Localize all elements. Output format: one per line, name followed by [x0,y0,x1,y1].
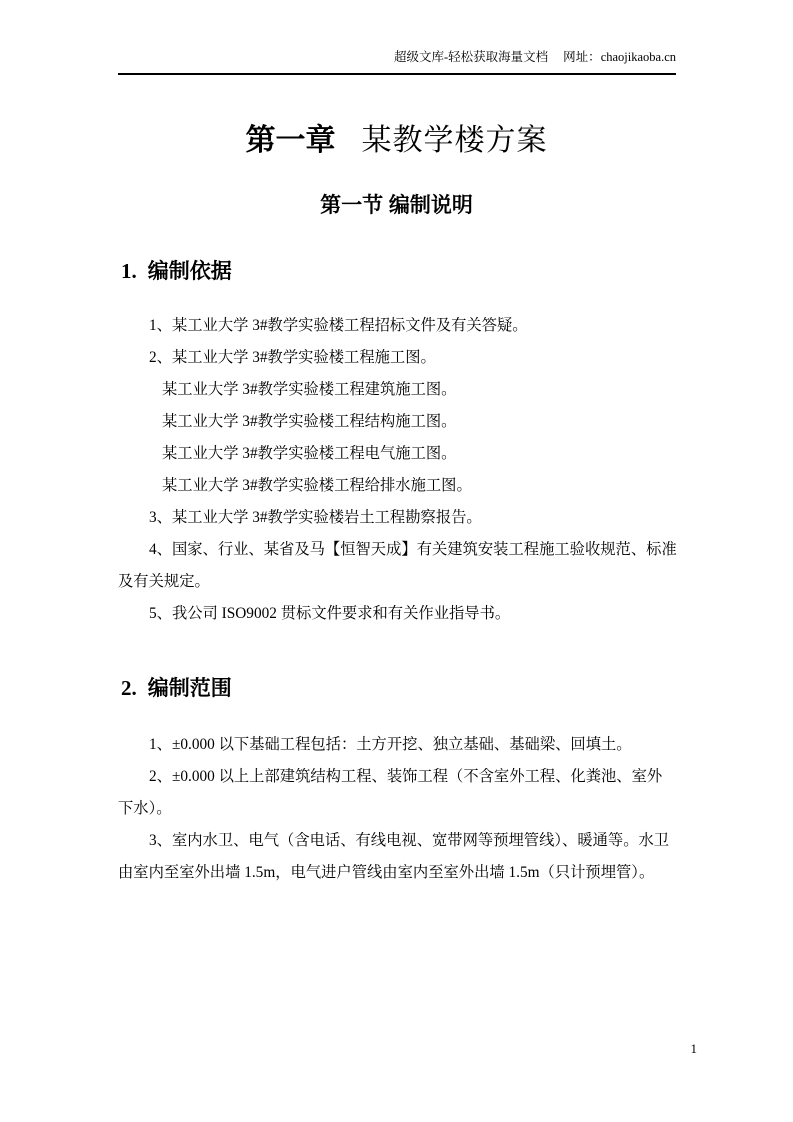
section-subtitle: 第一节 编制说明 [0,192,793,220]
paragraph-line: 5、我公司 ISO9002 贯标文件要求和有关作业指导书。 [118,598,676,630]
page-number: 1 [691,1040,698,1058]
paragraph-line: 3、室内水卫、电气（含电话、有线电视、宽带网等预埋管线）、暖通等。水卫 [118,825,676,857]
document-body: 1.编制依据 1、某工业大学 3#教学实验楼工程招标文件及有关答疑。 2、某工业… [118,258,676,889]
section-heading-1: 1.编制依据 [118,258,676,285]
section-2-number: 2. [121,676,137,700]
chapter-number: 第一章 [246,124,336,157]
paragraph-line: 某工业大学 3#教学实验楼工程建筑施工图。 [118,374,676,406]
paragraph-line: 3、某工业大学 3#教学实验楼岩土工程勘察报告。 [118,502,676,534]
chapter-title-text: 某教学楼方案 [362,124,548,157]
paragraph-line: 某工业大学 3#教学实验楼工程结构施工图。 [118,406,676,438]
paragraph-line: 1、某工业大学 3#教学实验楼工程招标文件及有关答疑。 [118,310,676,342]
paragraph-line: 某工业大学 3#教学实验楼工程电气施工图。 [118,438,676,470]
paragraph-line: 由室内至室外出墙 1.5m，电气进户管线由室内至室外出墙 1.5m（只计预埋管）… [118,857,676,889]
header-url: chaojikaoba.cn [601,50,676,64]
section-1-paragraphs: 1、某工业大学 3#教学实验楼工程招标文件及有关答疑。 2、某工业大学 3#教学… [118,310,676,630]
section-1-number: 1. [121,259,137,283]
paragraph-line: 及有关规定。 [118,566,676,598]
document-page: 超级文库-轻松获取海量文档网址：chaojikaoba.cn 第一章某教学楼方案… [0,0,793,1122]
paragraph-line: 4、国家、行业、某省及马【恒智天成】有关建筑安装工程施工验收规范、标准 [118,534,676,566]
paragraph-line: 下水）。 [118,793,676,825]
paragraph-line: 1、±0.000 以下基础工程包括：土方开挖、独立基础、基础梁、回填土。 [118,729,676,761]
page-header: 超级文库-轻松获取海量文档网址：chaojikaoba.cn [118,0,676,75]
paragraph-line: 2、某工业大学 3#教学实验楼工程施工图。 [118,342,676,374]
section-2-paragraphs: 1、±0.000 以下基础工程包括：土方开挖、独立基础、基础梁、回填土。 2、±… [118,729,676,889]
section-1-title: 编制依据 [148,260,232,283]
chapter-title: 第一章某教学楼方案 [0,121,793,160]
header-url-label: 网址： [563,50,601,64]
section-2-title: 编制范围 [148,677,232,700]
paragraph-line: 某工业大学 3#教学实验楼工程给排水施工图。 [118,470,676,502]
section-heading-2: 2.编制范围 [118,675,676,702]
paragraph-line: 2、±0.000 以上上部建筑结构工程、装饰工程（不含室外工程、化粪池、室外 [118,761,676,793]
header-site-name: 超级文库-轻松获取海量文档 [394,50,548,64]
